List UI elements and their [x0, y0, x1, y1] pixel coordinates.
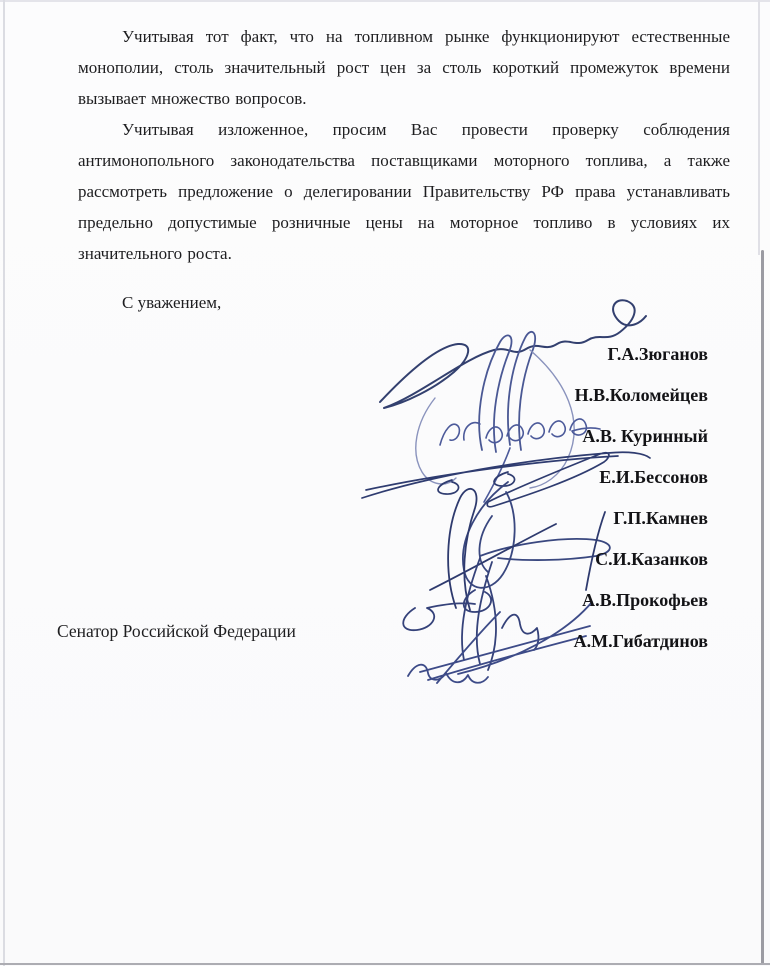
page-edge-right-shadow: [761, 250, 764, 964]
signatory-zyuganov: Г.А.Зюганов: [574, 345, 708, 364]
signatory-prokofyev: А.В.Прокофьев: [574, 591, 708, 610]
signatory-bessonov: Е.И.Бессонов: [574, 468, 708, 487]
closing-salutation: С уважением,: [122, 293, 221, 313]
scanned-letter-page: Учитывая тот факт, что на топливном рынк…: [0, 0, 770, 966]
letter-body: Учитывая тот факт, что на топливном рынк…: [78, 21, 730, 269]
signature-stroke-kolomeytsev-arc: [416, 350, 574, 488]
sender-title: Сенатор Российской Федерации: [57, 621, 296, 642]
signature-stroke-prokofyev: [403, 558, 538, 670]
page-edge-right: [758, 0, 760, 255]
page-edge-left: [3, 0, 5, 966]
signatory-kamnev: Г.П.Камнев: [574, 509, 708, 528]
paragraph-request: Учитывая изложенное, просим Вас провести…: [78, 114, 730, 269]
page-edge-top: [0, 0, 770, 2]
signatory-kurinny: А.В. Куринный: [574, 427, 708, 446]
page-edge-bottom: [0, 963, 770, 965]
signature-stroke-gibatdinov: [408, 602, 592, 683]
paragraph-fuel-market: Учитывая тот факт, что на топливном рынк…: [78, 21, 730, 114]
signatory-list: Г.А.Зюганов Н.В.Коломейцев А.В. Куринный…: [574, 345, 708, 673]
signatory-gibatdinov: А.М.Гибатдинов: [574, 632, 708, 651]
signatory-kazankov: С.И.Казанков: [574, 550, 708, 569]
signatory-kolomeytsev: Н.В.Коломейцев: [574, 386, 708, 405]
signature-stroke-kolomeytsev: [479, 332, 535, 452]
